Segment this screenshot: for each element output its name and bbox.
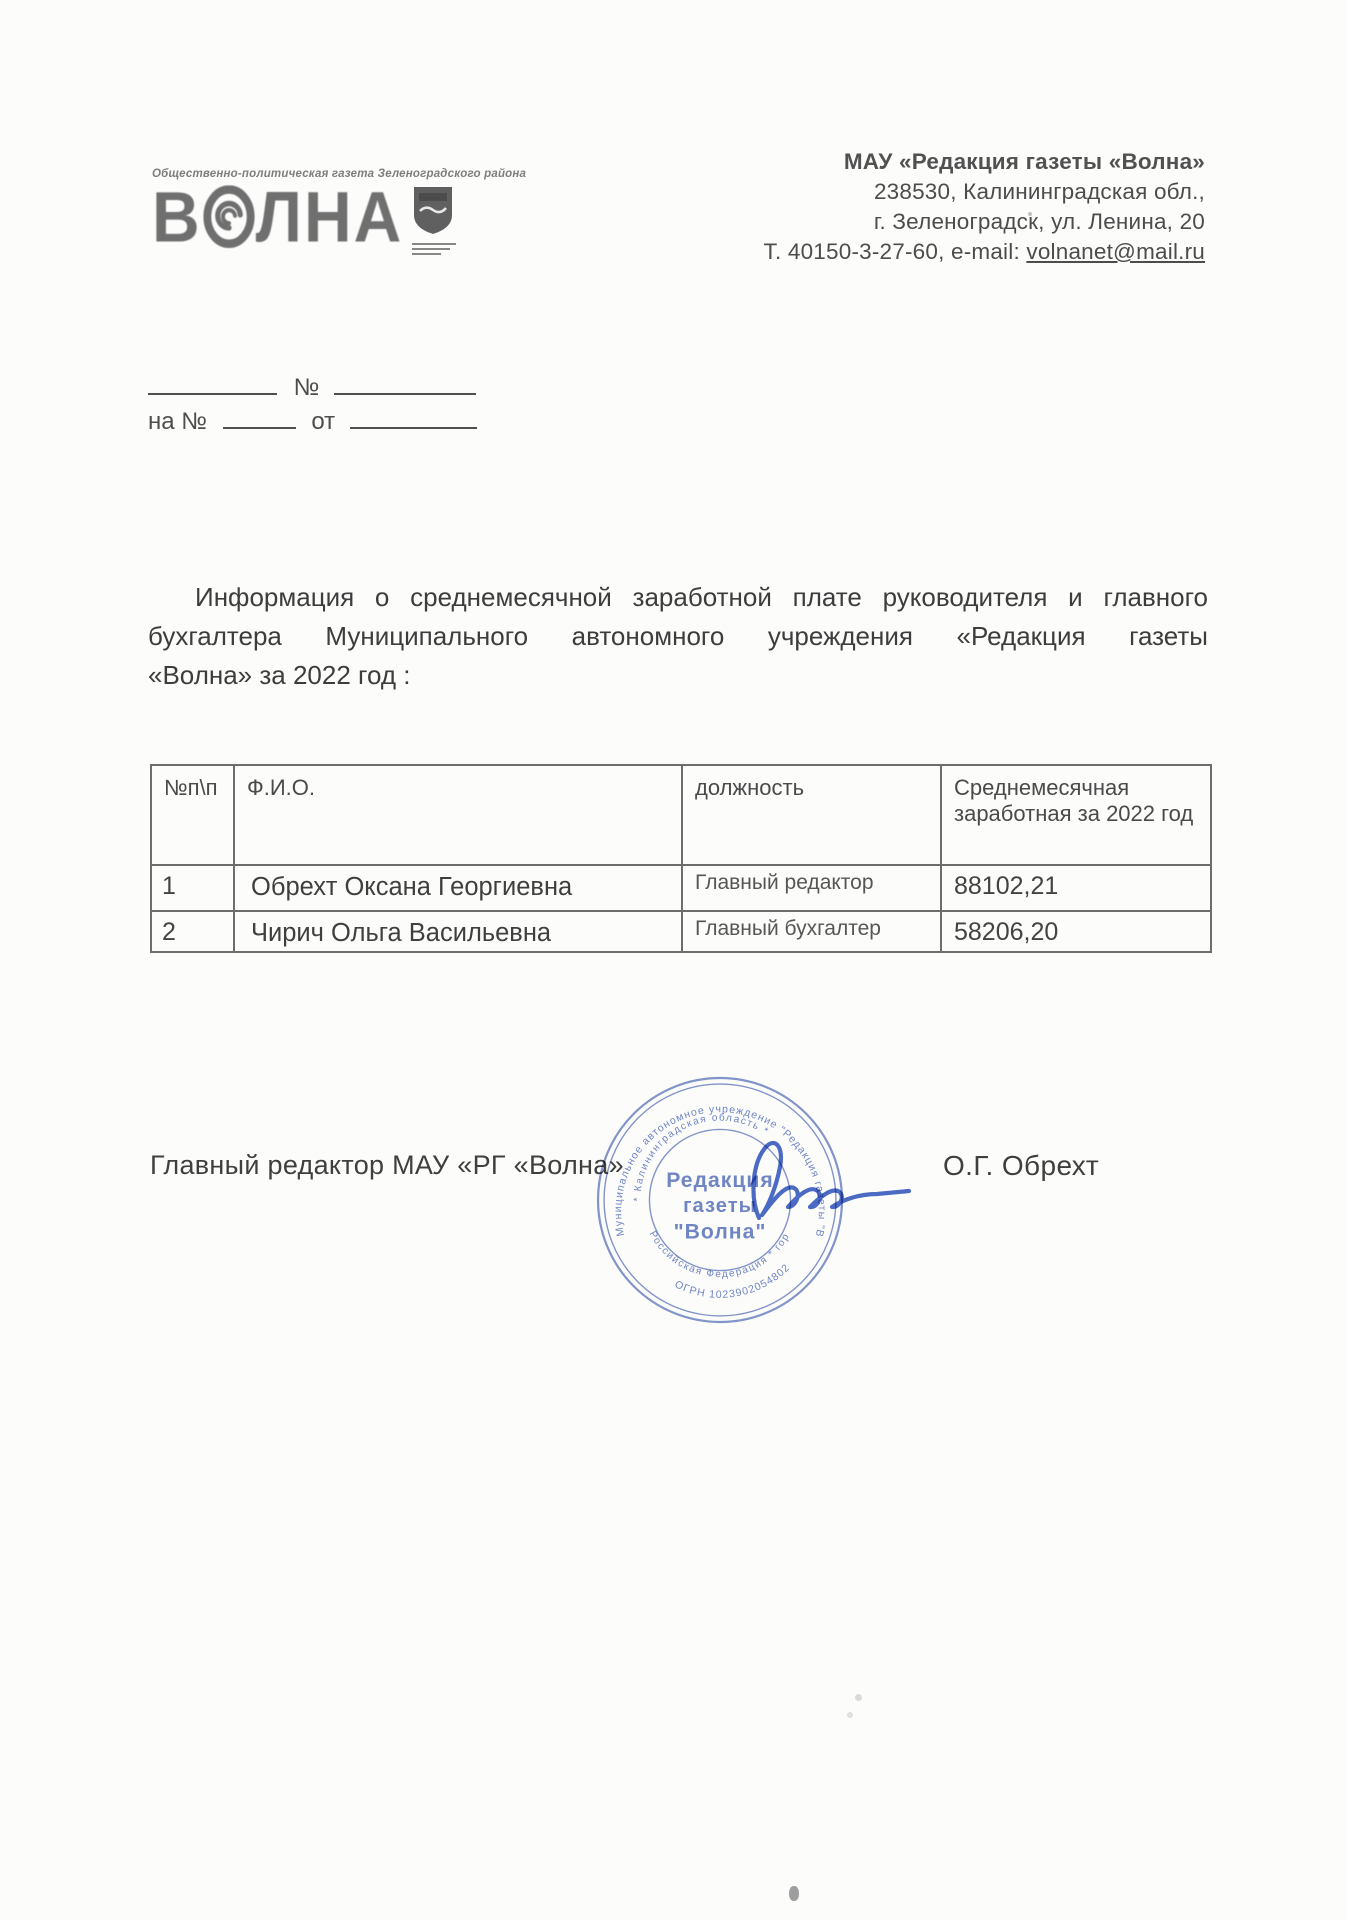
crest-caption-lines [412, 243, 456, 256]
ot-label: от [311, 408, 335, 435]
reference-number-block: № на № от [148, 370, 477, 438]
date-blank-line [148, 370, 277, 395]
scan-speck [847, 1712, 853, 1718]
scanned-letter-page: Общественно-политическая газета Зеленогр… [0, 0, 1346, 1920]
newspaper-logo: Общественно-политическая газета Зеленогр… [152, 168, 442, 258]
logo-letter-v: В [152, 181, 202, 252]
row-num: 2 [151, 911, 234, 952]
incoming-date-blank [350, 404, 477, 429]
signer-title: Главный редактор МАУ «РГ «Волна» [150, 1150, 624, 1181]
number-sign-label: № [294, 374, 320, 401]
scan-speck [789, 1886, 799, 1901]
paragraph-line-1: Информация о среднемесячной заработной п… [148, 578, 1208, 617]
logo-wordmark: В ЛНА [152, 181, 403, 252]
scan-speck [1028, 212, 1032, 216]
header-fio: Ф.И.О. [234, 765, 682, 865]
wave-o-icon [203, 185, 255, 248]
row-position: Главный редактор [682, 865, 941, 911]
intro-paragraph: Информация о среднемесячной заработной п… [148, 578, 1208, 695]
na-no-label: на № [148, 408, 207, 435]
header-position: должность [682, 765, 941, 865]
org-postal-address: 238530, Калининградская обл., [764, 177, 1205, 207]
logo-letters-lna: ЛНА [256, 181, 404, 252]
salary-table: №п\п Ф.И.О. должность Среднемесячная зар… [150, 764, 1212, 953]
outgoing-number-line: № [148, 370, 477, 404]
table-row: 2 Чирич Ольга Васильевна Главный бухгалт… [151, 911, 1211, 952]
row-num: 1 [151, 865, 234, 911]
crest-icon [412, 185, 454, 235]
letterhead-block: МАУ «Редакция газеты «Волна» 238530, Кал… [764, 147, 1205, 267]
row-name: Чирич Ольга Васильевна [234, 911, 682, 952]
incoming-number-blank [223, 404, 296, 429]
row-position: Главный бухгалтер [682, 911, 941, 952]
header-num: №п\п [151, 765, 234, 865]
table-header-row: №п\п Ф.И.О. должность Среднемесячная зар… [151, 765, 1211, 865]
row-salary: 88102,21 [941, 865, 1211, 911]
row-salary: 58206,20 [941, 911, 1211, 952]
number-blank-line [334, 370, 476, 395]
header-salary: Среднемесячная заработная за 2022 год [941, 765, 1211, 865]
incoming-number-line: на № от [148, 404, 477, 438]
scan-speck [855, 1694, 862, 1701]
paragraph-line-3: «Волна» за 2022 год : [148, 656, 1208, 695]
row-name: Обрехт Оксана Георгиевна [234, 865, 682, 911]
org-contacts: Т. 40150-3-27-60, e-mail: volnanet@mail.… [764, 237, 1205, 267]
paragraph-line-2: бухгалтера Муниципального автономного уч… [148, 617, 1208, 656]
org-name: МАУ «Редакция газеты «Волна» [764, 147, 1205, 177]
org-street-address: г. Зеленоградск, ул. Ленина, 20 [764, 207, 1205, 237]
table-row: 1 Обрехт Оксана Георгиевна Главный редак… [151, 865, 1211, 911]
email-link: volnanet@mail.ru [1026, 239, 1205, 264]
phone-label: Т. 40150-3-27-60, e-mail: [764, 239, 1027, 264]
signer-name: О.Г. Обрехт [943, 1150, 1099, 1182]
handwritten-signature [737, 1136, 932, 1241]
